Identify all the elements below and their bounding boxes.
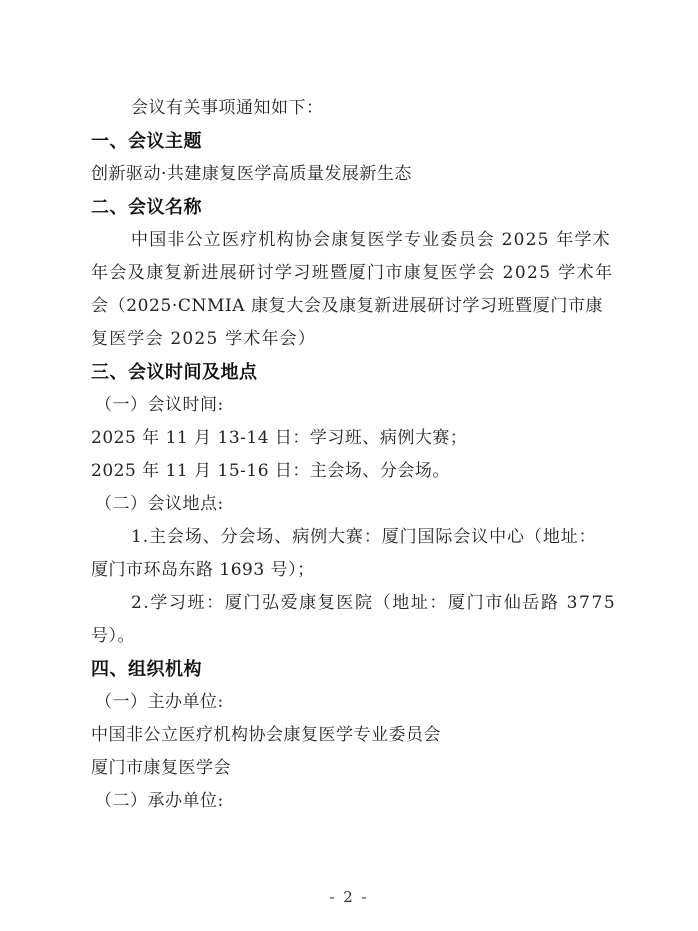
place-item-1-line-2: 厦门市环岛东路 1693 号）； [91,554,615,587]
subheading-time: （一）会议时间: [91,389,615,422]
name-line-4: 复医学会 2025 学术年会） [91,323,615,356]
section-heading-organization: 四、组织机构 [91,653,615,686]
intro-text: 会议有关事项通知如下： [91,92,615,125]
section-heading-theme: 一、会议主题 [91,125,615,158]
time-item-1: 2025 年 11 月 13-14 日：学习班、病例大赛； [91,422,615,455]
document-page: 会议有关事项通知如下： 一、会议主题 创新驱动·共建康复医学高质量发展新生态 二… [91,92,615,818]
host-item-1: 中国非公立医疗机构协会康复医学专业委员会 [91,719,615,752]
section-heading-name: 二、会议名称 [91,191,615,224]
section-heading-time-place: 三、会议时间及地点 [91,356,615,389]
name-line-3: 会（2025·CNMIA 康复大会及康复新进展研讨学习班暨厦门市康 [91,290,615,323]
place-item-2-line-1: 2.学习班：厦门弘爱康复医院（地址：厦门市仙岳路 3775 [91,587,615,620]
subheading-host: （一）主办单位: [91,686,615,719]
host-item-2: 厦门市康复医学会 [91,752,615,785]
time-item-2: 2025 年 11 月 15-16 日：主会场、分会场。 [91,455,615,488]
theme-text: 创新驱动·共建康复医学高质量发展新生态 [91,158,615,191]
subheading-organizer: （二）承办单位: [91,785,615,818]
place-item-2-line-2: 号）。 [91,620,615,653]
place-item-1-line-1: 1.主会场、分会场、病例大赛：厦门国际会议中心（地址： [91,521,615,554]
name-line-2: 年会及康复新进展研讨学习班暨厦门市康复医学会 2025 学术年 [91,257,615,290]
subheading-place: （二）会议地点: [91,488,615,521]
name-line-1: 中国非公立医疗机构协会康复医学专业委员会 2025 年学术 [91,224,615,257]
page-number: - 2 - [0,888,698,906]
